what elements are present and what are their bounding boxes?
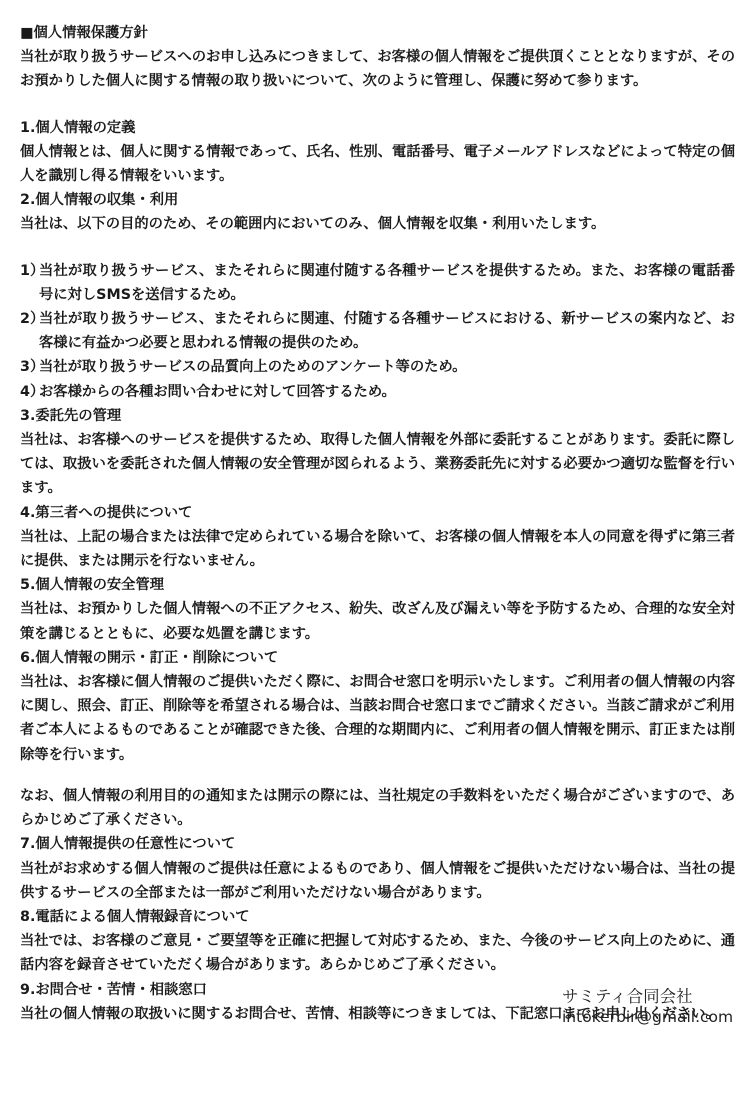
section-6-body: 当社は、お客様に個人情報のご提供いただく際に、お問合せ窓口を明示いたします。ご利… [20,670,735,767]
section-6-heading: 6.個人情報の開示・訂正・削除について [20,646,735,670]
section-7-body: 当社がお求めする個人情報のご提供は任意によるものであり、個人情報をご提供いただけ… [20,857,735,905]
document-title: ■個人情報保護方針 [20,21,735,45]
list-item-marker: 4） [20,380,44,404]
fee-notice-paragraph: なお、個人情報の利用目的の通知または開示の際には、当社規定の手数料をいただく場合… [20,784,735,832]
purpose-list: 1） 当社が取り扱うサービス、またそれらに関連付随する各種サービスを提供するため… [20,259,735,404]
intro-paragraph: 当社が取り扱うサービスへのお申し込みにつきまして、お客様の個人情報をご提供頂くこ… [20,45,735,93]
list-item-marker: 2） [20,307,44,331]
section-5-heading: 5.個人情報の安全管理 [20,573,735,597]
privacy-policy-page: ■個人情報保護方針 当社が取り扱うサービスへのお申し込みにつきまして、お客様の個… [0,0,754,1106]
list-item-text: 当社が取り扱うサービスの品質向上のためのアンケート等のため。 [39,359,466,375]
section-8-body: 当社では、お客様のご意見・ご要望等を正確に把握して対応するため、また、今後のサー… [20,929,735,977]
section-2-heading: 2.個人情報の収集・利用 [20,188,735,212]
section-5-body: 当社は、お預かりした個人情報への不正アクセス、紛失、改ざん及び漏えい等を予防する… [20,597,735,645]
section-1-heading: 1.個人情報の定義 [20,116,735,140]
section-3-body: 当社は、お客様へのサービスを提供するため、取得した個人情報を外部に委託することが… [20,428,735,501]
section-8-heading: 8.電話による個人情報録音について [20,905,735,929]
purpose-list-item: 1） 当社が取り扱うサービス、またそれらに関連付随する各種サービスを提供するため… [20,259,735,307]
list-item-marker: 1） [20,259,44,283]
section-4-body: 当社は、上記の場合または法律で定められている場合を除いて、お客様の個人情報を本人… [20,525,735,573]
list-item-text: お客様からの各種お問い合わせに対して回答するため。 [39,384,396,400]
contact-email: intokerbir@gmail.com [562,1007,733,1027]
spacer [20,237,735,259]
company-name: サミティ合同会社 [562,986,733,1007]
section-4-heading: 4.第三者への提供について [20,501,735,525]
list-item-text: 当社が取り扱うサービス、またそれらに関連、付随する各種サービスにおける、新サービ… [39,311,735,351]
contact-block: サミティ合同会社 intokerbir@gmail.com [562,986,733,1027]
purpose-list-item: 2） 当社が取り扱うサービス、またそれらに関連、付随する各種サービスにおける、新… [20,307,735,355]
list-item-marker: 3） [20,355,44,379]
section-7-heading: 7.個人情報提供の任意性について [20,832,735,856]
spacer [20,767,735,784]
section-1-body: 個人情報とは、個人に関する情報であって、氏名、性別、電話番号、電子メールアドレス… [20,140,735,188]
policy-document: ■個人情報保護方針 当社が取り扱うサービスへのお申し込みにつきまして、お客様の個… [20,21,735,1026]
purpose-list-item: 3） 当社が取り扱うサービスの品質向上のためのアンケート等のため。 [20,355,735,379]
section-3-heading: 3.委託先の管理 [20,404,735,428]
spacer [20,94,735,116]
section-2-body: 当社は、以下の目的のため、その範囲内においてのみ、個人情報を収集・利用いたします… [20,212,735,236]
purpose-list-item: 4） お客様からの各種お問い合わせに対して回答するため。 [20,380,735,404]
list-item-text: 当社が取り扱うサービス、またそれらに関連付随する各種サービスを提供するため。また… [39,263,735,303]
